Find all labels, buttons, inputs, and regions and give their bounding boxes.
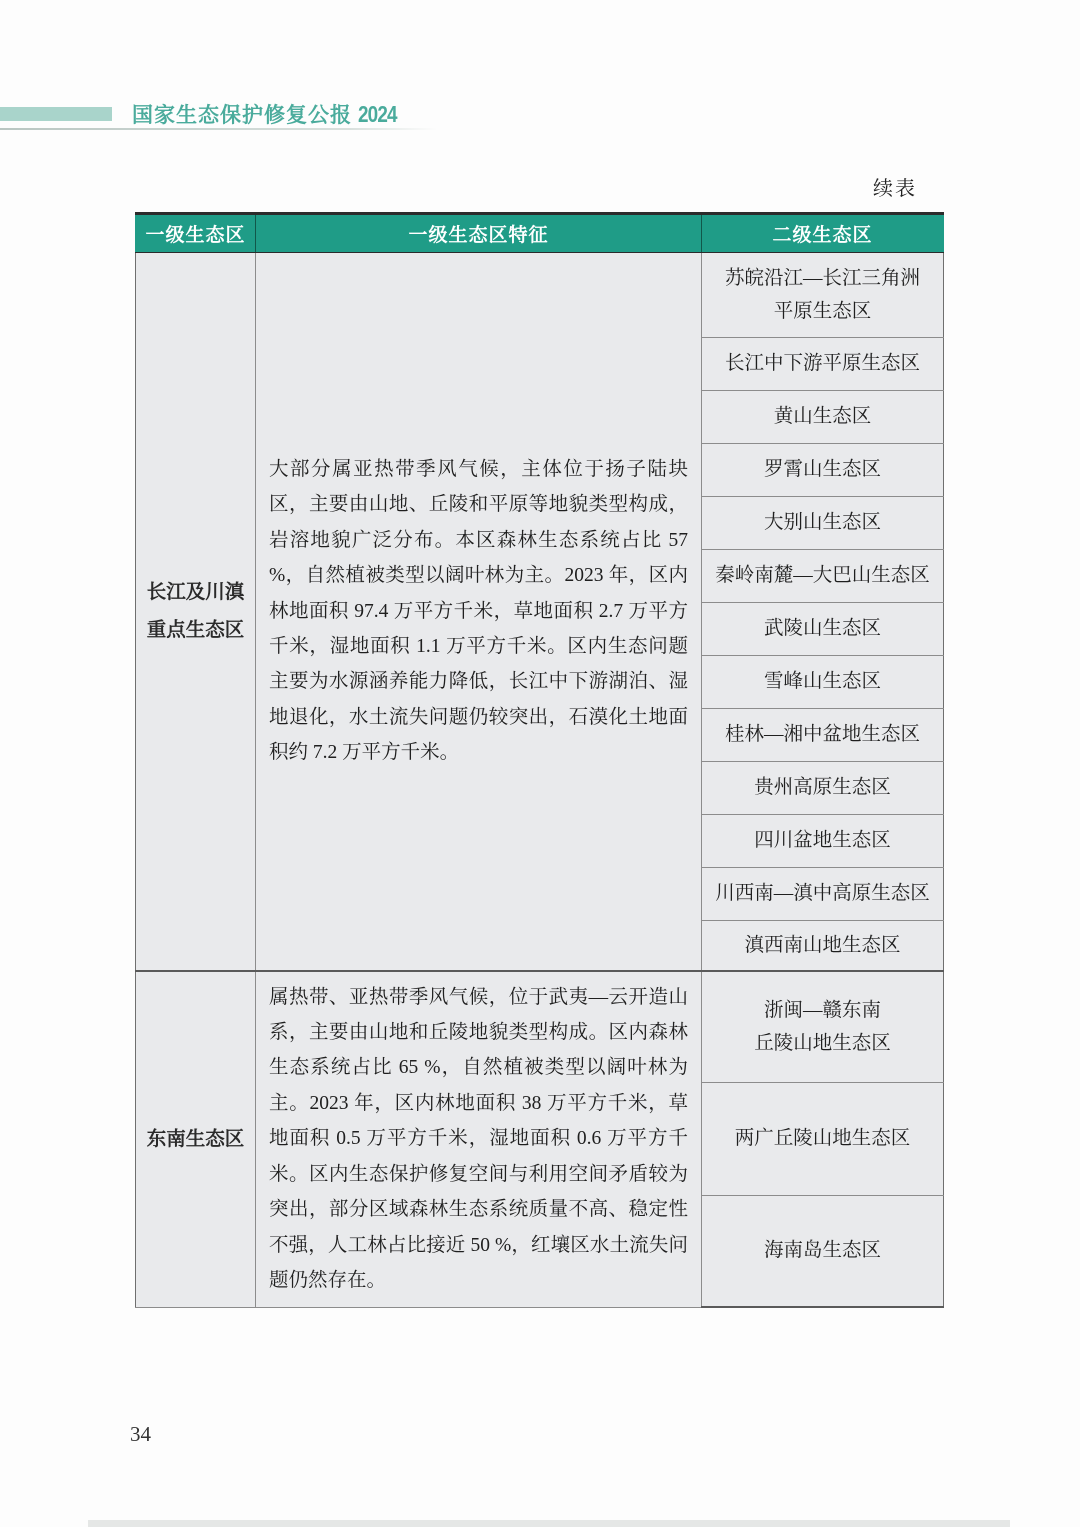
continued-table-label: 续表 bbox=[135, 172, 943, 201]
zone-features-cell: 属热带、亚热带季风气候，位于武夷—云开造山系，主要由山地和丘陵地貌类型构成。区内… bbox=[256, 971, 702, 1308]
zone-features-cell: 大部分属亚热带季风气候，主体位于扬子陆块区，主要由山地、丘陵和平原等地貌类型构成… bbox=[256, 253, 702, 971]
secondary-zone-cell: 雪峰山生态区 bbox=[702, 656, 944, 709]
secondary-zone-cell: 滇西南山地生态区 bbox=[702, 921, 944, 971]
secondary-zone-cell: 海南岛生态区 bbox=[702, 1195, 944, 1307]
secondary-zone-cell: 浙闽—赣东南 丘陵山地生态区 bbox=[702, 971, 944, 1083]
secondary-zone-cell: 武陵山生态区 bbox=[702, 603, 944, 656]
page-bottom-shadow bbox=[88, 1520, 1010, 1527]
table-row: 东南生态区 属热带、亚热带季风气候，位于武夷—云开造山系，主要由山地和丘陵地貌类… bbox=[136, 971, 944, 1083]
col-header-primary-zone: 一级生态区 bbox=[136, 214, 256, 253]
secondary-zone-cell: 罗霄山生态区 bbox=[702, 444, 944, 497]
col-header-zone-features: 一级生态区特征 bbox=[256, 214, 702, 253]
secondary-zone-cell: 黄山生态区 bbox=[702, 391, 944, 444]
secondary-zone-cell: 大别山生态区 bbox=[702, 497, 944, 550]
ecology-zones-table: 一级生态区 一级生态区特征 二级生态区 长江及川滇 重点生态区 大部分属亚热带季… bbox=[135, 212, 944, 1308]
report-year: 2024 bbox=[358, 101, 397, 128]
secondary-zone-cell: 秦岭南麓—大巴山生态区 bbox=[702, 550, 944, 603]
header-rule bbox=[0, 128, 437, 130]
secondary-zone-cell: 贵州高原生态区 bbox=[702, 762, 944, 815]
secondary-zone-cell: 长江中下游平原生态区 bbox=[702, 338, 944, 391]
report-title: 国家生态保护修复公报 bbox=[132, 104, 352, 127]
secondary-zone-cell: 两广丘陵山地生态区 bbox=[702, 1083, 944, 1195]
document-page: 国家生态保护修复公报2024 续表 一级生态区 一级生态区特征 二级生态区 长江… bbox=[0, 0, 1080, 1527]
header-accent-bar bbox=[0, 107, 112, 121]
secondary-zone-cell: 苏皖沿江—长江三角洲 平原生态区 bbox=[702, 253, 944, 338]
primary-zone-cell: 长江及川滇 重点生态区 bbox=[136, 253, 256, 971]
page-number: 34 bbox=[130, 1422, 151, 1447]
running-header: 国家生态保护修复公报2024 bbox=[132, 99, 405, 129]
table-header-row: 一级生态区 一级生态区特征 二级生态区 bbox=[136, 214, 944, 253]
table-row: 长江及川滇 重点生态区 大部分属亚热带季风气候，主体位于扬子陆块区，主要由山地、… bbox=[136, 253, 944, 338]
secondary-zone-cell: 四川盆地生态区 bbox=[702, 815, 944, 868]
ecology-zones-table-wrapper: 一级生态区 一级生态区特征 二级生态区 长江及川滇 重点生态区 大部分属亚热带季… bbox=[135, 212, 944, 1308]
primary-zone-cell: 东南生态区 bbox=[136, 971, 256, 1308]
secondary-zone-cell: 川西南—滇中高原生态区 bbox=[702, 868, 944, 921]
col-header-secondary-zone: 二级生态区 bbox=[702, 214, 944, 253]
secondary-zone-cell: 桂林—湘中盆地生态区 bbox=[702, 709, 944, 762]
